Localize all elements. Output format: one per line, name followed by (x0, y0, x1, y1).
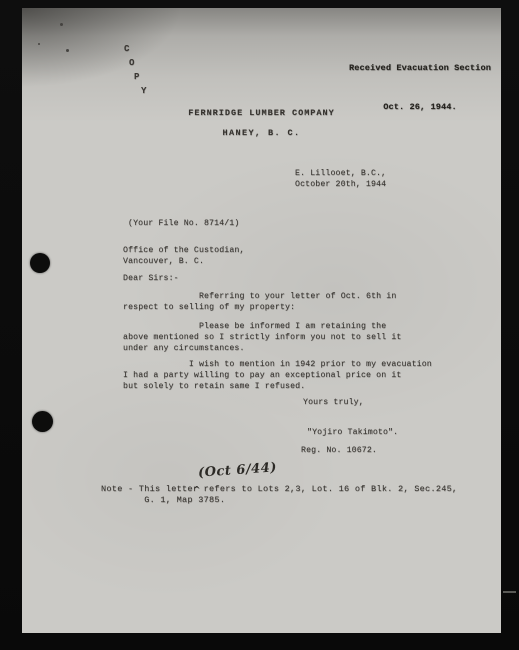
scan-border-scratch (503, 591, 516, 593)
scanned-letter-page: Received Evacuation Section Oct. 26, 194… (0, 0, 519, 650)
registration-number: Reg. No. 10672. (301, 445, 377, 456)
copy-letter-y: Y (141, 86, 146, 96)
dust-speck (38, 43, 40, 45)
hole-punch-top (30, 253, 50, 273)
footnote: Note - This letter refers to Lots 2,3, L… (101, 484, 457, 506)
dust-speck (60, 23, 63, 26)
closing: Yours truly, (303, 397, 364, 408)
copy-letter-o: O (129, 58, 134, 68)
dust-speck (66, 49, 69, 52)
signature: "Yojiro Takimoto". (307, 427, 398, 438)
dateline: E. Lillooet, B.C., October 20th, 1944 (295, 168, 386, 190)
hole-punch-bottom (32, 411, 53, 432)
file-reference: (Your File No. 8714/1) (128, 218, 239, 229)
letterhead-company: FERNRIDGE LUMBER COMPANY (22, 108, 501, 118)
copy-letter-c: C (124, 44, 129, 54)
copy-letter-p: P (134, 72, 139, 82)
body-paragraph-1: Referring to your letter of Oct. 6th in … (123, 291, 396, 313)
received-stamp: Received Evacuation Section Oct. 26, 194… (342, 36, 498, 140)
salutation: Dear Sirs:- (123, 273, 179, 284)
letter-paper: Received Evacuation Section Oct. 26, 194… (22, 8, 501, 633)
letterhead-location: HANEY, B. C. (22, 128, 501, 138)
handwritten-date-insertion: (Oct 6/44) (198, 460, 278, 480)
received-stamp-line1: Received Evacuation Section (342, 62, 498, 75)
body-paragraph-3: I wish to mention in 1942 prior to my ev… (123, 359, 432, 392)
recipient-address: Office of the Custodian, Vancouver, B. C… (123, 245, 245, 267)
body-paragraph-2: Please be informed I am retaining the ab… (123, 321, 401, 354)
